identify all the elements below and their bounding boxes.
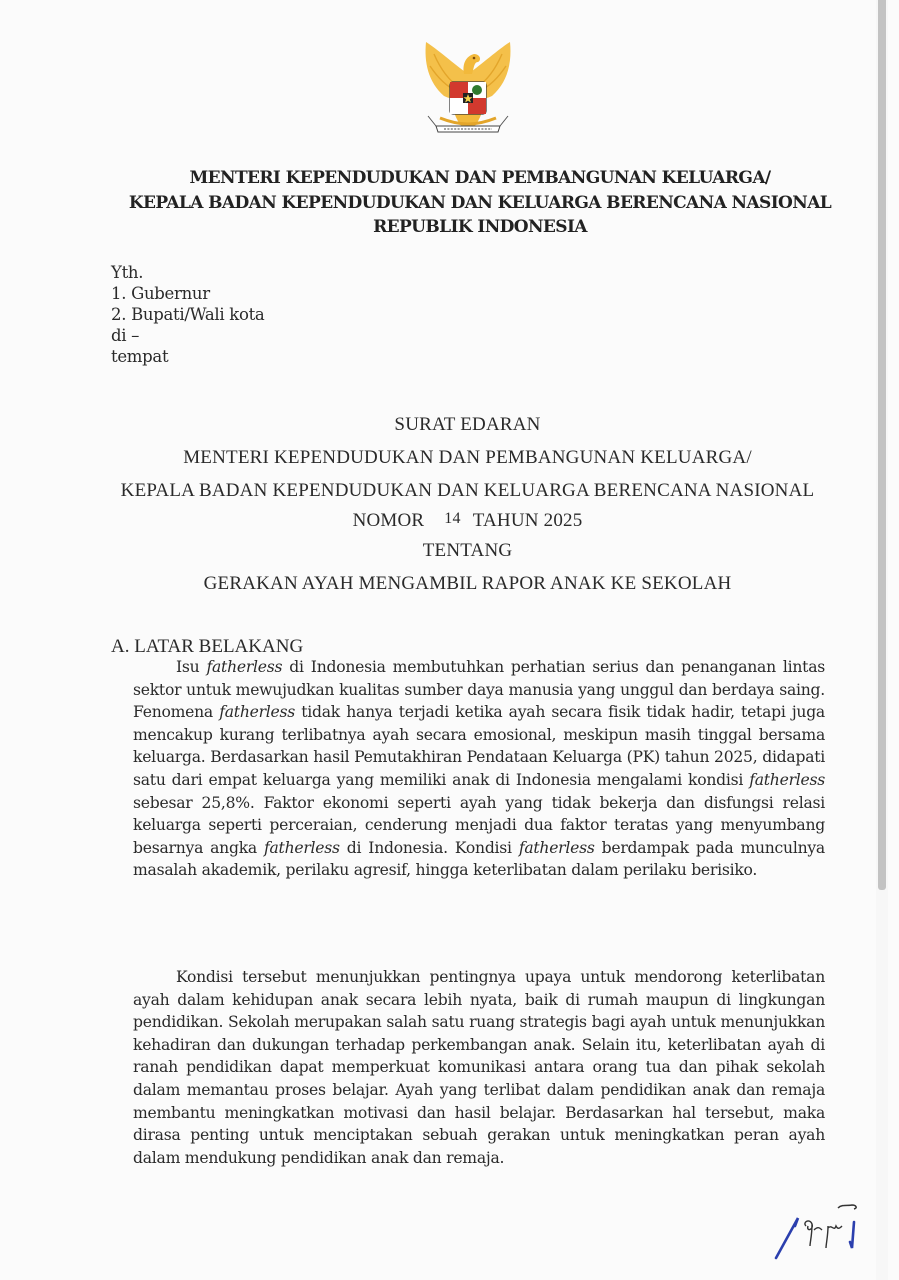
italic-term: fatherless: [206, 658, 282, 676]
letterhead-line-1: MENTERI KEPENDUDUKAN DAN PEMBANGUNAN KEL…: [0, 168, 899, 188]
paragraph-2-text: Kondisi tersebut menunjukkan pentingnya …: [133, 966, 825, 1169]
recipient-governor: 1. Gubernur: [111, 283, 264, 304]
background-paragraph-2: Kondisi tersebut menunjukkan pentingnya …: [133, 966, 825, 1169]
subject-title: GERAKAN AYAH MENGAMBIL RAPOR ANAK KE SEK…: [0, 573, 899, 595]
addressee-tempat: tempat: [111, 346, 264, 367]
issuer-line-2: KEPALA BADAN KEPENDUDUKAN DAN KELUARGA B…: [0, 480, 899, 502]
document-page: MENTERI KEPENDUDUKAN DAN PEMBANGUNAN KEL…: [0, 0, 870, 1280]
addressee-block: Yth. 1. Gubernur 2. Bupati/Wali kota di …: [111, 262, 264, 367]
letterhead-line-3: REPUBLIK INDONESIA: [0, 217, 899, 237]
italic-term: fatherless: [519, 839, 595, 857]
paragraph-1-text: Isu fatherless di Indonesia membutuhkan …: [133, 656, 825, 882]
italic-term: fatherless: [219, 703, 295, 721]
nomor-value: 14: [444, 510, 460, 527]
issuer-line-1: MENTERI KEPENDUDUKAN DAN PEMBANGUNAN KEL…: [0, 447, 899, 469]
scrollbar-thumb[interactable]: [878, 0, 886, 890]
salutation: Yth.: [111, 262, 264, 283]
vertical-scrollbar[interactable]: [876, 0, 888, 1280]
initials-signature-icon: [768, 1196, 868, 1266]
section-a-heading: A. LATAR BELAKANG: [111, 636, 303, 658]
addressee-di: di –: [111, 325, 264, 346]
garuda-pancasila-emblem-icon: [414, 34, 522, 142]
letterhead-line-2: KEPALA BADAN KEPENDUDUKAN DAN KELUARGA B…: [0, 193, 899, 213]
recipient-regent-mayor: 2. Bupati/Wali kota: [111, 304, 264, 325]
doc-type-title: SURAT EDARAN: [0, 414, 899, 436]
tentang-label: TENTANG: [0, 540, 899, 562]
background-paragraph-1: Isu fatherless di Indonesia membutuhkan …: [133, 656, 825, 882]
tahun-label: TAHUN 2025: [473, 510, 583, 531]
italic-term: fatherless: [749, 771, 825, 789]
italic-term: fatherless: [264, 839, 340, 857]
nomor-label: NOMOR: [353, 510, 425, 531]
document-number-line: NOMOR14TAHUN 2025: [0, 510, 899, 532]
